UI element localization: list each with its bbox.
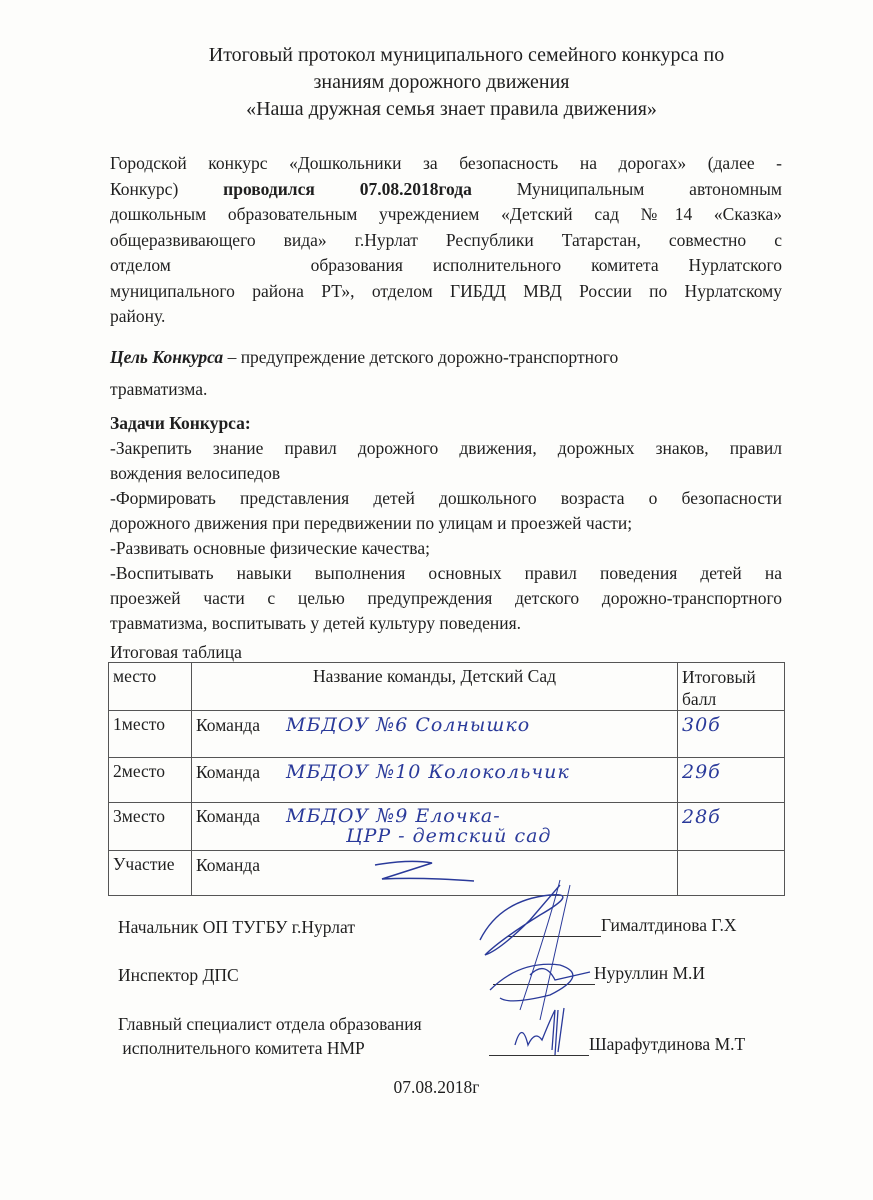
place-cell: 2место	[109, 758, 192, 803]
header-place: место	[109, 663, 192, 711]
intro-paragraph: Городской конкурс «Дошкольники за безопа…	[110, 151, 782, 330]
score-cell: 29б	[678, 758, 785, 803]
table-caption: Итоговая таблица	[110, 642, 242, 663]
intro-text: Муниципальным автономным	[472, 179, 782, 199]
team-prefix: Команда	[196, 715, 286, 736]
intro-line: муниципального района РТ», отделом ГИБДД…	[110, 279, 782, 305]
held-date: проводился 07.08.2018года	[223, 179, 472, 199]
table-row: 1место КомандаМБДОУ №6 Солнышко 30б	[109, 711, 785, 758]
intro-line: общеразвивающего вида» г.Нурлат Республи…	[110, 228, 782, 254]
intro-line: дошкольным образовательным учреждением «…	[110, 202, 782, 228]
header-score: Итоговый балл	[678, 663, 785, 711]
score-cell	[678, 851, 785, 896]
position-line-2: исполнительного комитета НМР	[118, 1036, 422, 1060]
task-item: -Развивать основные физические качества;	[110, 536, 782, 561]
header-team: Название команды, Детский Сад	[192, 663, 678, 711]
place-cell: 3место	[109, 803, 192, 851]
title-line-2: знаниям дорожного движения	[0, 69, 873, 96]
tasks-heading: Задачи Конкурса:	[110, 411, 782, 436]
place-cell: 1место	[109, 711, 192, 758]
position-line-1: Главный специалист отдела образования	[118, 1012, 422, 1036]
team-prefix: Команда	[196, 806, 286, 826]
task-line: -Воспитывать навыки выполнения основных …	[110, 561, 782, 586]
title-line-1: Итоговый протокол муниципального семейно…	[0, 42, 873, 69]
score-value: 30б	[682, 714, 721, 736]
task-line: травматизма, воспитывать у детей культур…	[110, 611, 782, 636]
intro-line: отделом образования исполнительного коми…	[110, 253, 782, 279]
intro-line: Конкурс) проводился 07.08.2018года Муниц…	[110, 177, 782, 203]
team-name: МБДОУ №6 Солнышко	[286, 714, 530, 736]
results-table: место Название команды, Детский Сад Итог…	[108, 662, 785, 896]
team-cell: КомандаМБДОУ №10 Колокольчик	[192, 758, 678, 803]
score-value: 28б	[682, 806, 721, 828]
task-item: -Формировать представления детей дошколь…	[110, 486, 782, 536]
signatory-position: Начальник ОП ТУГБУ г.Нурлат	[118, 915, 355, 939]
signature-scribble-icon	[460, 880, 660, 1080]
goal-text: – предупреждение детского дорожно-трансп…	[223, 347, 618, 367]
signatory-position: Инспектор ДПС	[118, 963, 239, 987]
team-name-line-2: ЦРР - детский сад	[286, 825, 551, 847]
score-cell: 28б	[678, 803, 785, 851]
table-row: 2место КомандаМБДОУ №10 Колокольчик 29б	[109, 758, 785, 803]
task-line: -Формировать представления детей дошколь…	[110, 486, 782, 511]
task-item: -Закрепить знание правил дорожного движе…	[110, 436, 782, 486]
task-line: проезжей части с целью предупреждения де…	[110, 586, 782, 611]
goal-text-2: травматизма.	[110, 373, 782, 405]
title-line-3: «Наша дружная семья знает правила движен…	[0, 96, 873, 123]
intro-text: Конкурс)	[110, 179, 223, 199]
score-value: 29б	[682, 761, 721, 783]
intro-line: Городской конкурс «Дошкольники за безопа…	[110, 151, 782, 177]
team-name: МБДОУ №9 Елочка-	[286, 805, 501, 827]
team-prefix: Команда	[196, 855, 286, 876]
goal-label: Цель Конкурса	[110, 347, 223, 367]
signatory-position: Главный специалист отдела образования ис…	[118, 1012, 422, 1060]
intro-line: району.	[110, 306, 165, 326]
team-prefix: Команда	[196, 762, 286, 783]
task-line: дорожного движения при передвижении по у…	[110, 511, 782, 536]
place-cell: Участие	[109, 851, 192, 896]
table-row: Участие Команда	[109, 851, 785, 896]
goal-section: Цель Конкурса – предупреждение детского …	[110, 341, 782, 405]
team-name: МБДОУ №10 Колокольчик	[286, 761, 570, 783]
footer-date: 07.08.2018г	[0, 1077, 873, 1098]
task-line: -Закрепить знание правил дорожного движе…	[110, 436, 782, 461]
task-item: -Воспитывать навыки выполнения основных …	[110, 561, 782, 636]
table-row: 3место КомандаМБДОУ №9 Елочка- ЦРР - дет…	[109, 803, 785, 851]
document-title: Итоговый протокол муниципального семейно…	[0, 42, 873, 123]
tasks-section: Задачи Конкурса: -Закрепить знание прави…	[110, 411, 782, 636]
task-line: вождения велосипедов	[110, 461, 782, 486]
team-cell: КомандаМБДОУ №9 Елочка- ЦРР - детский са…	[192, 803, 678, 851]
score-cell: 30б	[678, 711, 785, 758]
table-header-row: место Название команды, Детский Сад Итог…	[109, 663, 785, 711]
task-line: -Развивать основные физические качества;	[110, 536, 782, 561]
team-cell: КомандаМБДОУ №6 Солнышко	[192, 711, 678, 758]
